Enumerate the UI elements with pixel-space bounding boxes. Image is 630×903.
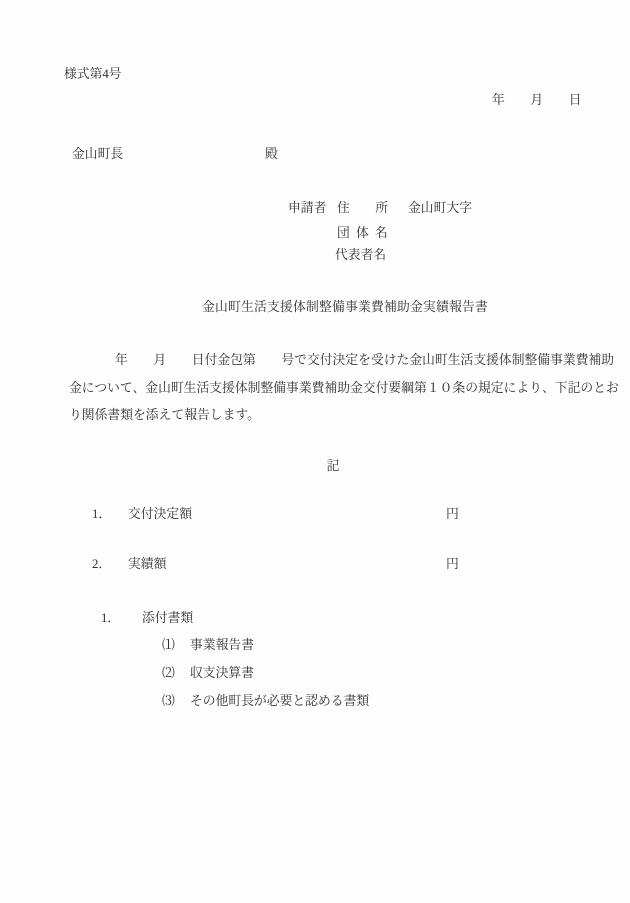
amount-row-1-label: 交付決定額: [128, 505, 192, 523]
attachment-item-1-text: 事業報告書: [190, 636, 254, 654]
document-page: 様式第4号 年 月 日 金山町長 殿 申請者 住 所 金山町大字 団 体 名 代…: [0, 0, 630, 903]
attachment-item-3-number: ⑶: [162, 692, 175, 710]
amount-row-2-number: 2．: [92, 555, 111, 573]
applicant-address-label: 住 所: [337, 199, 388, 217]
amount-row-1-unit: 円: [446, 505, 459, 523]
applicant-rep-label: 代表者名: [335, 246, 386, 264]
body-line-2: 金について、金山町生活支援体制整備事業費補助金交付要綱第１０条の規定により、下記…: [69, 375, 625, 403]
date-line: 年 月 日: [492, 91, 582, 109]
body-line-1: 年 月 日付金包第 号で交付決定を受けた金山町生活支援体制整備事業費補助: [69, 347, 625, 375]
attachment-item-2-number: ⑵: [162, 664, 175, 682]
addressee-name: 金山町長: [72, 145, 123, 163]
body-paragraph: 年 月 日付金包第 号で交付決定を受けた金山町生活支援体制整備事業費補助 金につ…: [69, 347, 625, 430]
form-number: 様式第4号: [64, 65, 122, 83]
amount-row-2-unit: 円: [446, 555, 459, 573]
addressee-honorific: 殿: [265, 145, 278, 163]
document-title: 金山町生活支援体制整備事業費補助金実績報告書: [0, 297, 630, 317]
ki-marker: 記: [0, 456, 630, 476]
amount-row-2-label: 実績額: [128, 555, 166, 573]
attachments-label: 添付書類: [142, 609, 193, 627]
applicant-address-value: 金山町大字: [408, 199, 472, 217]
attachment-item-3-text: その他町長が必要と認める書類: [190, 692, 369, 710]
body-line-3: り関係書類を添えて報告します。: [69, 402, 625, 430]
applicant-org-label: 団 体 名: [337, 224, 388, 242]
applicant-label: 申請者: [288, 199, 326, 217]
attachment-item-2-text: 収支決算書: [190, 664, 254, 682]
amount-row-1-number: 1．: [92, 505, 111, 523]
attachments-number: 1．: [101, 609, 120, 627]
attachment-item-1-number: ⑴: [162, 636, 175, 654]
